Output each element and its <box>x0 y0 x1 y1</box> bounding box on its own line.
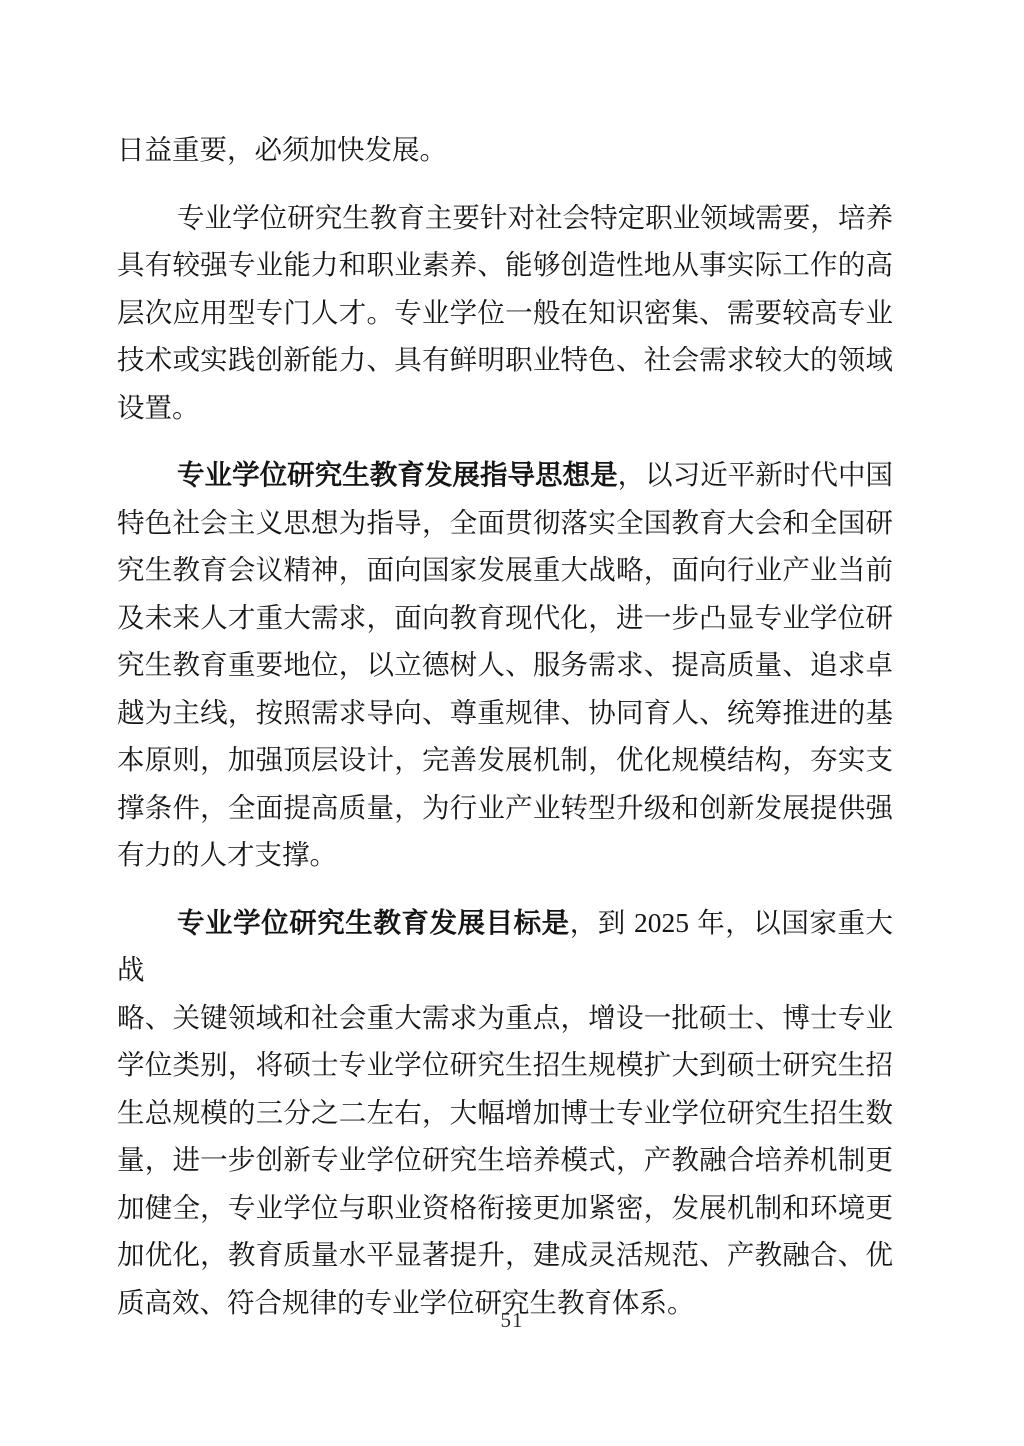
text-line: 加优化，教育质量水平显著提升，建成灵活规范、产教融合、优 <box>117 1231 893 1279</box>
year-value: 2025 <box>634 907 689 938</box>
text-line-lead: 专业学位研究生教育发展目标是，到 2025 年，以国家重大战 <box>117 899 893 994</box>
text-line: 学位类别，将硕士专业学位研究生招生规模扩大到硕士研究生招 <box>117 1041 893 1089</box>
text-line: 究生教育重要地位，以立德树人、服务需求、提高质量、追求卓 <box>117 641 893 689</box>
paragraph-guiding-ideology: 专业学位研究生教育发展指导思想是，以习近平新时代中国 特色社会主义思想为指导，全… <box>117 451 893 879</box>
text-line: 特色社会主义思想为指导，全面贯彻落实全国教育大会和全国研 <box>117 499 893 547</box>
text-line: 具有较强专业能力和职业素养、能够创造性地从事实际工作的高 <box>117 241 893 289</box>
text-line: 越为主线，按照需求导向、尊重规律、协同育人、统筹推进的基 <box>117 689 893 737</box>
document-page: 日益重要，必须加快发展。 专业学位研究生教育主要针对社会特定职业领域需要，培养 … <box>0 0 1024 1446</box>
text-line: 略、关键领域和社会重大需求为重点，增设一批硕士、博士专业 <box>117 994 893 1042</box>
page-number: 51 <box>501 1308 524 1332</box>
paragraph-continuation: 日益重要，必须加快发展。 <box>117 126 893 174</box>
text-line: 加健全，专业学位与职业资格衔接更加紧密，发展机制和环境更 <box>117 1184 893 1232</box>
lead-bold-phrase: 专业学位研究生教育发展目标是 <box>177 907 570 938</box>
text-line: 技术或实践创新能力、具有鲜明职业特色、社会需求较大的领域 <box>117 336 893 384</box>
page-footer: 51 <box>0 1308 1024 1333</box>
text-line: 本原则，加强顶层设计，完善发展机制，优化规模结构，夯实支 <box>117 736 893 784</box>
text-line: 究生教育会议精神，面向国家发展重大战略，面向行业产业当前 <box>117 546 893 594</box>
text-line: 有力的人才支撑。 <box>117 831 893 879</box>
text-line: 设置。 <box>117 384 893 432</box>
lead-rest-text: ，以习近平新时代中国 <box>618 459 893 490</box>
lead-rest-text: ，到 <box>570 907 634 938</box>
text-line: 生总规模的三分之二左右，大幅增加博士专业学位研究生招生数 <box>117 1089 893 1137</box>
text-line: 撑条件，全面提高质量，为行业产业转型升级和创新发展提供强 <box>117 784 893 832</box>
paragraph-development-goal: 专业学位研究生教育发展目标是，到 2025 年，以国家重大战 略、关键领域和社会… <box>117 899 893 1327</box>
paragraph-overview: 专业学位研究生教育主要针对社会特定职业领域需要，培养 具有较强专业能力和职业素养… <box>117 194 893 432</box>
text-line-lead: 专业学位研究生教育发展指导思想是，以习近平新时代中国 <box>117 451 893 499</box>
text-line: 层次应用型专门人才。专业学位一般在知识密集、需要较高专业 <box>117 289 893 337</box>
text-line: 量，进一步创新专业学位研究生培养模式，产教融合培养机制更 <box>117 1136 893 1184</box>
text-line: 日益重要，必须加快发展。 <box>117 126 893 174</box>
text-line: 专业学位研究生教育主要针对社会特定职业领域需要，培养 <box>117 194 893 242</box>
text-line: 及未来人才重大需求，面向教育现代化，进一步凸显专业学位研 <box>117 594 893 642</box>
document-body: 日益重要，必须加快发展。 专业学位研究生教育主要针对社会特定职业领域需要，培养 … <box>117 126 893 1326</box>
lead-bold-phrase: 专业学位研究生教育发展指导思想是 <box>177 459 618 490</box>
